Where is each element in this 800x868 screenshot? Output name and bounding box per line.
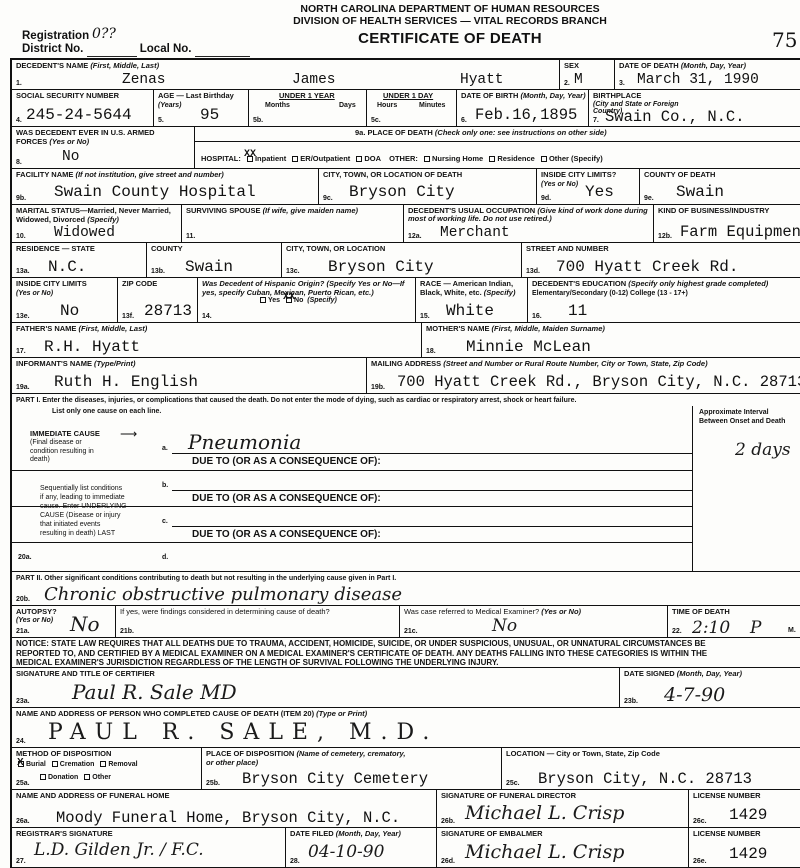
city-of-death-field[interactable]: CITY, TOWN, OR LOCATION OF DEATH 9c. Bry… [319, 169, 537, 205]
zip-code-value: 28713 [144, 302, 192, 320]
informant-name-value: Ruth H. English [54, 373, 198, 391]
field-label: STREET AND NUMBER [526, 245, 609, 254]
cremation-label: Cremation [60, 761, 95, 768]
local-no-label: Local No. [140, 43, 192, 55]
field-label: If yes, were findings considered in dete… [120, 608, 330, 617]
notice-line: REPORTED TO, AND CERTIFIED BY A MEDICAL … [16, 649, 707, 659]
field-label: REGISTRAR'S SIGNATURE [16, 830, 113, 839]
registration-label: Registration [22, 30, 250, 43]
mailing-address-value: 700 Hyatt Creek Rd., Bryson City, N.C. 2… [397, 373, 800, 391]
removal-checkbox[interactable] [100, 761, 106, 767]
field-label: CITY, TOWN, OR LOCATION [286, 245, 385, 254]
certifier-signature-field[interactable]: SIGNATURE AND TITLE OF CERTIFIER 23a. Pa… [12, 668, 620, 708]
field-number: 10. [16, 233, 26, 240]
field-number: 21c. [404, 628, 418, 635]
field-label: KIND OF BUSINESS/INDUSTRY [658, 207, 769, 216]
field-number: 25c. [506, 780, 520, 787]
decedent-name-field[interactable]: DECEDENT'S NAME (First, Middle, Last) 1.… [12, 60, 560, 90]
field-label: SOCIAL SECURITY NUMBER [16, 92, 119, 101]
field-number: 27. [16, 858, 26, 865]
middle-name-value: James [292, 72, 336, 88]
part1-sub-instructions: List only one cause on each line. [52, 408, 161, 415]
field-number: 13a. [16, 268, 30, 275]
license-number-2-field[interactable]: LICENSE NUMBER 26e. 1429 [689, 828, 800, 868]
sex-value: M [574, 72, 583, 88]
er-outpatient-label: ER/Outpatient [300, 154, 350, 163]
other-disposition-checkbox[interactable] [84, 774, 90, 780]
field-label: INFORMANT'S NAME [16, 359, 92, 368]
field-label: COUNTY OF DEATH [644, 171, 715, 180]
line-b-letter: b. [162, 482, 168, 489]
medical-examiner-field[interactable]: Was case referred to Medical Examiner? (… [400, 606, 668, 638]
field-number: 14. [202, 313, 212, 320]
field-number: 13e. [16, 313, 30, 320]
mother-name-value: Minnie McLean [466, 338, 591, 356]
cremation-checkbox[interactable] [52, 761, 58, 767]
field-number: 9a. [355, 128, 365, 137]
residence-street-field[interactable]: STREET AND NUMBER 13d. 700 Hyatt Creek R… [522, 243, 800, 278]
residence-county-field[interactable]: COUNTY 13b. Swain [147, 243, 282, 278]
informant-name-field[interactable]: INFORMANT'S NAME (Type/Print) 19a. Ruth … [12, 358, 367, 394]
field-label: INSIDE CITY LIMITS? [541, 171, 616, 180]
field-number: 3. [619, 80, 625, 87]
field-number: 9e. [644, 195, 654, 202]
nursing-home-checkbox[interactable] [424, 156, 430, 162]
field-number: 26c. [693, 818, 707, 825]
residence-street-value: 700 Hyatt Creek Rd. [556, 258, 738, 276]
field-hint: (Specify) [87, 215, 119, 224]
residence-label: Residence [497, 154, 535, 163]
due-to-a-label: DUE TO (OR AS A CONSEQUENCE OF): [192, 456, 381, 467]
time-ampm-value: P [750, 618, 761, 638]
field-hint: (Years) [158, 102, 181, 109]
disposition-options-row2: Donation Other [36, 774, 111, 781]
residence-inside-city-field[interactable]: INSIDE CITY LIMITS (Yes or No) 13e. No [12, 278, 118, 323]
field-number: 18. [426, 348, 436, 355]
father-name-field[interactable]: FATHER'S NAME (First, Middle, Last) 17. … [12, 323, 422, 358]
field-number: 8. [16, 159, 22, 166]
ssn-value: 245-24-5644 [26, 106, 132, 124]
findings-field[interactable]: If yes, were findings considered in dete… [116, 606, 400, 638]
field-hint: (Check only one: see instructions on oth… [435, 128, 607, 137]
field-hint: (Yes or No) [541, 181, 578, 188]
business-value: Farm Equipment [680, 223, 800, 241]
notice-text: NOTICE: STATE LAW REQUIRES THAT ALL DEAT… [16, 639, 707, 668]
field-label: AUTOPSY? [16, 608, 57, 617]
field-hint: (If not institution, give street and num… [75, 170, 223, 179]
notice-line: NOTICE: STATE LAW REQUIRES THAT ALL DEAT… [16, 639, 707, 649]
field-number: 26d. [441, 858, 455, 865]
field-label: DECEDENT'S NAME [16, 61, 88, 70]
hispanic-options: Yes XXNo (Specify) [256, 297, 337, 304]
seq-line: Sequentially list conditions [40, 485, 122, 492]
field-label: SURVIVING SPOUSE [186, 206, 260, 215]
field-number: 16. [532, 313, 542, 320]
funeral-home-value: Moody Funeral Home, Bryson City, N.C. [56, 809, 400, 827]
field-number: 13c. [286, 268, 300, 275]
city-of-death-value: Bryson City [349, 183, 455, 201]
disposition-place-value: Bryson City Cemetery [242, 770, 428, 788]
registrar-signature-value: L.D. Gilden Jr. / F.C. [34, 840, 204, 860]
field-label: DATE SIGNED [624, 669, 675, 678]
other-disposition-label: Other [92, 774, 111, 781]
occupation-field[interactable]: DECEDENT'S USUAL OCCUPATION (Give kind o… [404, 205, 654, 243]
field-label: METHOD OF DISPOSITION [16, 750, 111, 759]
other-label: OTHER: [389, 154, 418, 163]
residence-city-value: Bryson City [328, 258, 434, 276]
minutes-label: Minutes [419, 102, 445, 109]
certificate-title: CERTIFICATE OF DEATH [250, 30, 650, 47]
arrow-right-icon: ⟶ [120, 427, 137, 441]
last-name-value: Hyatt [460, 72, 504, 88]
field-hint: (First, Middle, Maiden Surname) [492, 324, 605, 333]
other-checkbox[interactable] [541, 156, 547, 162]
due-to-b-label: DUE TO (OR AS A CONSEQUENCE OF): [192, 493, 381, 504]
burial-checkbox[interactable]: X [14, 761, 26, 768]
field-number: 22. [672, 628, 682, 635]
doa-checkbox[interactable] [356, 156, 362, 162]
field-label: SIGNATURE OF FUNERAL DIRECTOR [441, 792, 576, 801]
license-number-1-value: 1429 [729, 806, 767, 824]
field-label: DATE FILED [290, 829, 334, 838]
hispanic-yes-checkbox[interactable] [260, 297, 266, 303]
hours-label: Hours [377, 102, 397, 109]
field-label: LICENSE NUMBER [693, 792, 761, 801]
field-number: 20b. [16, 596, 30, 603]
autopsy-field[interactable]: AUTOPSY? (Yes or No) 21a. No [12, 606, 116, 638]
district-number-value: 0?? [92, 28, 116, 41]
field-number: 1. [16, 80, 22, 87]
registrar-signature-field[interactable]: REGISTRAR'S SIGNATURE 27. L.D. Gilden Jr… [12, 828, 286, 868]
field-hint: (Yes or No) [49, 137, 89, 146]
armed-forces-field[interactable]: WAS DECEDENT EVER IN U.S. ARMED FORCES (… [12, 127, 195, 169]
field-label: NAME AND ADDRESS OF PERSON WHO COMPLETED… [16, 709, 314, 718]
interval-a-value[interactable]: 2 days [735, 440, 791, 460]
field-hint: (Yes or No) [541, 607, 581, 616]
certifier-signature-value: Paul R. Sale MD [72, 680, 237, 704]
seq-line: CAUSE (Disease or injury [40, 512, 121, 519]
field-label: BIRTHPLACE [593, 91, 641, 100]
field-label: Was case referred to Medical Examiner? [404, 607, 539, 616]
field-number: 26e. [693, 858, 707, 865]
check-mark: XX [244, 149, 256, 160]
field-number: 28. [290, 858, 300, 865]
mailing-address-field[interactable]: MAILING ADDRESS (Street and Number or Ru… [367, 358, 800, 394]
date-filed-value: 04-10-90 [308, 842, 384, 862]
field-number: 21a. [16, 628, 30, 635]
residence-state-value: N.C. [48, 258, 86, 276]
funeral-director-signature-value: Michael L. Crisp [465, 802, 624, 824]
agency-line-1: NORTH CAROLINA DEPARTMENT OF HUMAN RESOU… [250, 3, 650, 15]
seq-line: that initiated events [40, 521, 100, 528]
meridiem-label: M. [788, 627, 796, 634]
field-label: UNDER 1 YEAR [279, 92, 335, 101]
residence-county-value: Swain [185, 258, 233, 276]
license-number-1-field[interactable]: LICENSE NUMBER 26c. 1429 [689, 790, 800, 828]
field-label: SIGNATURE AND TITLE OF CERTIFIER [16, 670, 155, 679]
field-number: 9c. [323, 195, 333, 202]
donation-checkbox[interactable] [40, 774, 46, 780]
residence-city-field[interactable]: CITY, TOWN, OR LOCATION 13c. Bryson City [282, 243, 522, 278]
no-label: No [294, 297, 303, 304]
check-mark: X [17, 757, 24, 768]
other-specify-label: Other (Specify) [549, 154, 603, 163]
field-hint: (Month, Day, Year) [520, 91, 585, 100]
due-to-c-label: DUE TO (OR AS A CONSEQUENCE OF): [192, 529, 381, 540]
ssn-field[interactable]: SOCIAL SECURITY NUMBER 4. 245-24-5644 [12, 90, 154, 127]
age-field[interactable]: AGE — Last Birthday (Years) 5. 95 [154, 90, 249, 127]
field-number: 13b. [151, 268, 165, 275]
residence-inside-city-value: No [60, 302, 79, 320]
field-number: 25a. [16, 780, 30, 787]
marital-status-value: Widowed [54, 225, 115, 241]
registration-district: Registration District No. Local No. 0?? [22, 30, 250, 57]
field-label: FACILITY NAME [16, 170, 73, 179]
field-hint: (Specify) [484, 288, 516, 297]
field-label: RESIDENCE — STATE [16, 245, 95, 254]
field-number: 26a. [16, 818, 30, 825]
field-number: 19a. [16, 384, 30, 391]
line-d-letter: d. [162, 554, 168, 561]
field-label: LICENSE NUMBER [693, 830, 761, 839]
seq-line: resulting in death) LAST [40, 530, 115, 537]
line-c-letter: c. [162, 518, 168, 525]
business-field[interactable]: KIND OF BUSINESS/INDUSTRY 12b. Farm Equi… [654, 205, 800, 243]
field-label: NAME AND ADDRESS OF FUNERAL HOME [16, 792, 169, 801]
completed-by-field[interactable]: NAME AND ADDRESS OF PERSON WHO COMPLETED… [12, 708, 800, 748]
date-signed-field[interactable]: DATE SIGNED (Month, Day, Year) 23b. 4-7-… [620, 668, 800, 708]
line-a-letter: a. [162, 445, 168, 452]
birthplace-field[interactable]: BIRTHPLACE (City and State or Foreign Co… [589, 90, 800, 127]
field-number: 17. [16, 348, 26, 355]
disposition-options-row1: XBurial Cremation Removal [14, 761, 138, 768]
field-label: PLACE OF DEATH [368, 128, 433, 137]
date-of-birth-value: Feb.16,1895 [475, 106, 577, 124]
field-label: COUNTY [151, 245, 183, 254]
time-of-death-value: 2:10 [692, 618, 730, 638]
field-number: 5. [158, 117, 164, 124]
field-hint: (Type/Print) [94, 359, 135, 368]
part2-instructions: PART II. Other significant conditions co… [16, 575, 396, 582]
field-number: 25b. [206, 780, 220, 787]
under-1-day-field[interactable]: UNDER 1 DAY Hours Minutes 5c. [367, 90, 457, 127]
notice-line: MEDICAL EXAMINER'S JURISDICTION REGARDLE… [16, 658, 707, 668]
age-value: 95 [200, 106, 219, 124]
field-hint: (Month, Day, Year) [677, 669, 742, 678]
field-label: LOCATION — City or Town, State, Zip Code [506, 750, 660, 759]
part1-instructions: PART I. Enter the diseases, injuries, or… [16, 397, 576, 404]
date-filed-field[interactable]: DATE FILED (Month, Day, Year) 28. 04-10-… [286, 828, 437, 868]
field-number: 4. [16, 117, 22, 124]
field-number: 12a. [408, 233, 422, 240]
county-of-death-value: Swain [676, 183, 724, 201]
cause-b-line[interactable] [172, 490, 692, 491]
hispanic-no-checkbox[interactable]: XX [282, 297, 294, 304]
field-label: ZIP CODE [122, 280, 157, 289]
field-label: Was Decedent of Hispanic Origin? (Specif… [202, 280, 414, 297]
inpatient-label: Inpatient [255, 154, 286, 163]
cause-a-value[interactable]: Pneumonia [188, 430, 301, 454]
sequential-instructions: Sequentially list conditions if any, lea… [40, 484, 127, 538]
facility-name-field[interactable]: FACILITY NAME (If not institution, give … [12, 169, 319, 205]
residence-checkbox[interactable] [489, 156, 495, 162]
interval-label: Approximate Interval Between Onset and D… [699, 408, 799, 426]
death-certificate-form: DECEDENT'S NAME (First, Middle, Last) 1.… [10, 58, 800, 868]
field-hint: (First, Middle, Last) [79, 324, 148, 333]
field-hint: (Street and Number or Rural Route Number… [443, 359, 707, 368]
field-label: INSIDE CITY LIMITS [16, 280, 87, 289]
date-of-death-value: March 31, 1990 [637, 72, 759, 88]
place-of-death-field[interactable]: 9a. PLACE OF DEATH (Check only one: see … [195, 127, 800, 169]
field-label: TIME OF DEATH [672, 608, 730, 617]
time-of-death-field[interactable]: TIME OF DEATH 22. 2:10 P M. [668, 606, 800, 638]
field-number: 5b. [253, 117, 263, 124]
funeral-home-field[interactable]: NAME AND ADDRESS OF FUNERAL HOME 26a. Mo… [12, 790, 437, 828]
yes-label: Yes [268, 297, 280, 304]
field-hint: (Specify only highest grade completed) [628, 279, 768, 288]
field-number: 15. [420, 313, 430, 320]
license-number-2-value: 1429 [729, 845, 767, 863]
check-mark: XX [283, 292, 295, 303]
education-field[interactable]: DECEDENT'S EDUCATION (Specify only highe… [528, 278, 800, 323]
corner-number: 75 [772, 28, 797, 52]
field-hint: (Yes or No) [16, 290, 53, 297]
occupation-value: Merchant [440, 225, 510, 241]
field-label: UNDER 1 DAY [383, 92, 433, 101]
inside-city-limits-death-field[interactable]: INSIDE CITY LIMITS? (Yes or No) 9d. Yes [537, 169, 640, 205]
cause-c-line[interactable] [172, 526, 692, 527]
race-value: White [446, 302, 494, 320]
part2-field[interactable]: PART II. Other significant conditions co… [12, 572, 800, 606]
education-sub-label: Elementary/Secondary (0-12) College (13 … [532, 290, 688, 297]
inside-city-limits-value: Yes [585, 183, 614, 201]
donation-label: Donation [48, 774, 78, 781]
er-outpatient-checkbox[interactable] [292, 156, 298, 162]
days-label: Days [339, 102, 356, 109]
field-hint: (Month, Day, Year) [681, 61, 746, 70]
completed-by-value: PAUL R. SALE, M.D. [48, 720, 438, 745]
field-number: 19b. [371, 384, 385, 391]
field-number: 23a. [16, 698, 30, 705]
immediate-cause-label: IMMEDIATE CAUSE [30, 429, 100, 438]
field-label: SIGNATURE OF EMBALMER [441, 830, 543, 839]
disposition-location-value: Bryson City, N.C. 28713 [538, 770, 752, 788]
education-value: 11 [568, 302, 587, 320]
specify-hint: (Specify) [307, 297, 337, 304]
armed-forces-value: No [62, 149, 79, 165]
burial-label: Burial [26, 761, 46, 768]
months-label: Months [265, 102, 290, 109]
field-number: 5c. [371, 117, 381, 124]
field-number: 23b. [624, 698, 638, 705]
disposition-place-field[interactable]: PLACE OF DISPOSITION (Name of cemetery, … [202, 748, 502, 790]
field-number: 13d. [526, 268, 540, 275]
nursing-home-label: Nursing Home [432, 154, 483, 163]
notice-box: NOTICE: STATE LAW REQUIRES THAT ALL DEAT… [12, 638, 800, 668]
embalmer-signature-field[interactable]: SIGNATURE OF EMBALMER 26d. Michael L. Cr… [437, 828, 689, 868]
hospital-label: HOSPITAL: [201, 154, 241, 163]
under-1-year-field[interactable]: UNDER 1 YEAR Months Days 5b. [249, 90, 367, 127]
field-hint: (Type or Print) [316, 709, 367, 718]
field-number: 13f. [122, 313, 134, 320]
field-label: DATE OF BIRTH [461, 91, 518, 100]
first-name-value: Zenas [122, 72, 166, 88]
field-label: CITY, TOWN, OR LOCATION OF DEATH [323, 171, 462, 180]
field-number: 21b. [120, 628, 134, 635]
seq-line: if any, leading to immediate [40, 494, 125, 501]
field-hint: (Month, Day, Year) [336, 829, 401, 838]
field-hint: (If wife, give maiden name) [263, 206, 358, 215]
field-label: AGE — Last Birthday [158, 92, 234, 101]
marital-status-field[interactable]: MARITAL STATUS—Married, Never Married, W… [12, 205, 182, 243]
date-of-death-field[interactable]: DATE OF DEATH (Month, Day, Year) 3. Marc… [615, 60, 800, 90]
father-name-value: R.H. Hyatt [44, 338, 140, 356]
field-label: FATHER'S NAME [16, 324, 76, 333]
place-of-death-options: HOSPITAL: XXInpatient ER/Outpatient DOA … [201, 154, 603, 163]
part2-value: Chronic obstructive pulmonary disease [44, 584, 402, 605]
autopsy-value: No [70, 612, 100, 636]
county-of-death-field[interactable]: COUNTY OF DEATH 9e. Swain [640, 169, 800, 205]
hispanic-origin-field[interactable]: Was Decedent of Hispanic Origin? (Specif… [198, 278, 416, 323]
cause-of-death-section: PART I. Enter the diseases, injuries, or… [12, 394, 800, 572]
field-hint: (First, Middle, Last) [90, 61, 159, 70]
field-label: DATE OF DEATH [619, 61, 679, 70]
field-number: 9b. [16, 195, 26, 202]
certificate-header: NORTH CAROLINA DEPARTMENT OF HUMAN RESOU… [0, 0, 800, 58]
district-label: District No. [22, 43, 83, 55]
field-number: 6. [461, 117, 467, 124]
field-label: DECEDENT'S EDUCATION [532, 279, 626, 288]
birthplace-value: Swain Co., N.C. [605, 108, 745, 126]
removal-label: Removal [108, 761, 137, 768]
inpatient-checkbox[interactable]: XX [243, 154, 255, 163]
field-label: SEX [564, 62, 579, 71]
race-field[interactable]: RACE — American Indian, Black, White, et… [416, 278, 528, 323]
funeral-director-signature-field[interactable]: SIGNATURE OF FUNERAL DIRECTOR 26b. Micha… [437, 790, 689, 828]
residence-state-field[interactable]: RESIDENCE — STATE 13a. N.C. [12, 243, 147, 278]
field-number: 11. [186, 233, 195, 240]
surviving-spouse-field[interactable]: SURVIVING SPOUSE (If wife, give maiden n… [182, 205, 404, 243]
field-number: 12b. [658, 233, 672, 240]
field-number: 7. [593, 117, 599, 124]
field-label: MOTHER'S NAME [426, 324, 489, 333]
field-label: MAILING ADDRESS [371, 359, 441, 368]
doa-label: DOA [364, 154, 380, 163]
sex-field[interactable]: SEX 2. M [560, 60, 615, 90]
immediate-cause-sub: (Final disease or condition resulting in… [30, 439, 105, 465]
disposition-method-field[interactable]: METHOD OF DISPOSITION XBurial Cremation … [12, 748, 202, 790]
field-hint: (Yes or No) [16, 617, 53, 624]
disposition-location-field[interactable]: LOCATION — City or Town, State, Zip Code… [502, 748, 800, 790]
field-number: 20a. [18, 554, 32, 561]
field-number: 26b. [441, 818, 455, 825]
field-number: 9d. [541, 195, 551, 202]
mother-name-field[interactable]: MOTHER'S NAME (First, Middle, Maiden Sur… [422, 323, 800, 358]
date-signed-value: 4-7-90 [664, 684, 725, 706]
field-number: 24. [16, 738, 26, 745]
medical-examiner-value: No [492, 616, 517, 636]
agency-line-2: DIVISION OF HEALTH SERVICES — VITAL RECO… [250, 15, 650, 27]
date-of-birth-field[interactable]: DATE OF BIRTH (Month, Day, Year) 6. Feb.… [457, 90, 589, 127]
zip-code-field[interactable]: ZIP CODE 13f. 28713 [118, 278, 198, 323]
embalmer-signature-value: Michael L. Crisp [465, 841, 624, 863]
facility-name-value: Swain County Hospital [54, 183, 256, 201]
interval-column: Approximate Interval Between Onset and D… [692, 406, 800, 572]
field-number: 2. [564, 80, 570, 87]
